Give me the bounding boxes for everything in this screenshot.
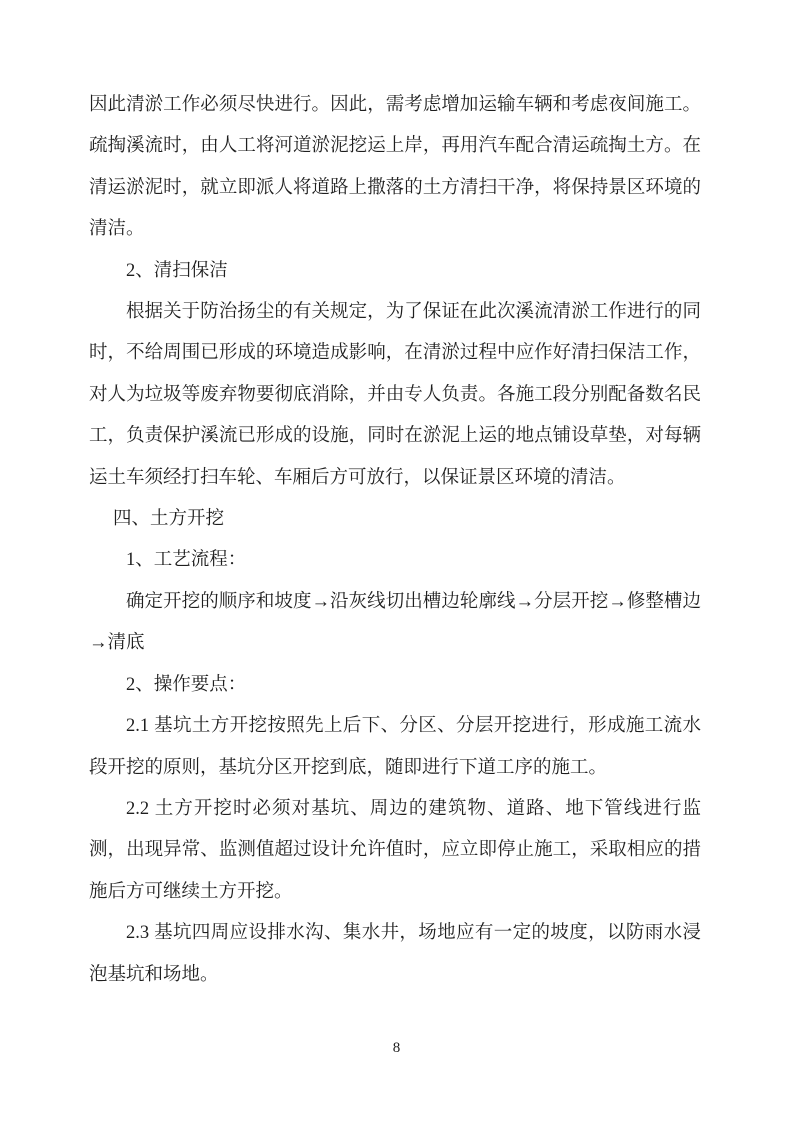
page-number: 8	[0, 1038, 793, 1058]
paragraph-process-flow: 确定开挖的顺序和坡度→沿灰线切出槽边轮廓线→分层开挖→修整槽边→清底	[89, 582, 701, 665]
paragraph-point-2-3: 2.3 基坑四周应设排水沟、集水井，场地应有一定的坡度，以防雨水浸泡基坑和场地。	[89, 913, 701, 996]
paragraph-cleaning-detail: 根据关于防治扬尘的有关规定，为了保证在此次溪流清淤工作进行的同时，不给周围已形成…	[89, 292, 701, 499]
paragraph-point-2-1: 2.1 基坑土方开挖按照先上后下、分区、分层开挖进行，形成施工流水段开挖的原则，…	[89, 706, 701, 789]
heading-operation-points: 2、操作要点：	[89, 665, 701, 706]
document-page: 因此清淤工作必须尽快进行。因此，需考虑增加运输车辆和考虑夜间施工。疏掏溪流时，由…	[0, 0, 793, 1122]
paragraph-dredging-continuation: 因此清淤工作必须尽快进行。因此，需考虑增加运输车辆和考虑夜间施工。疏掏溪流时，由…	[89, 85, 701, 251]
heading-process-flow: 1、工艺流程：	[89, 540, 701, 581]
heading-section-four-earth-excavation: 四、土方开挖	[89, 499, 701, 540]
heading-cleaning: 2、清扫保洁	[89, 251, 701, 292]
document-body: 因此清淤工作必须尽快进行。因此，需考虑增加运输车辆和考虑夜间施工。疏掏溪流时，由…	[89, 85, 701, 996]
paragraph-point-2-2: 2.2 土方开挖时必须对基坑、周边的建筑物、道路、地下管线进行监测，出现异常、监…	[89, 789, 701, 913]
